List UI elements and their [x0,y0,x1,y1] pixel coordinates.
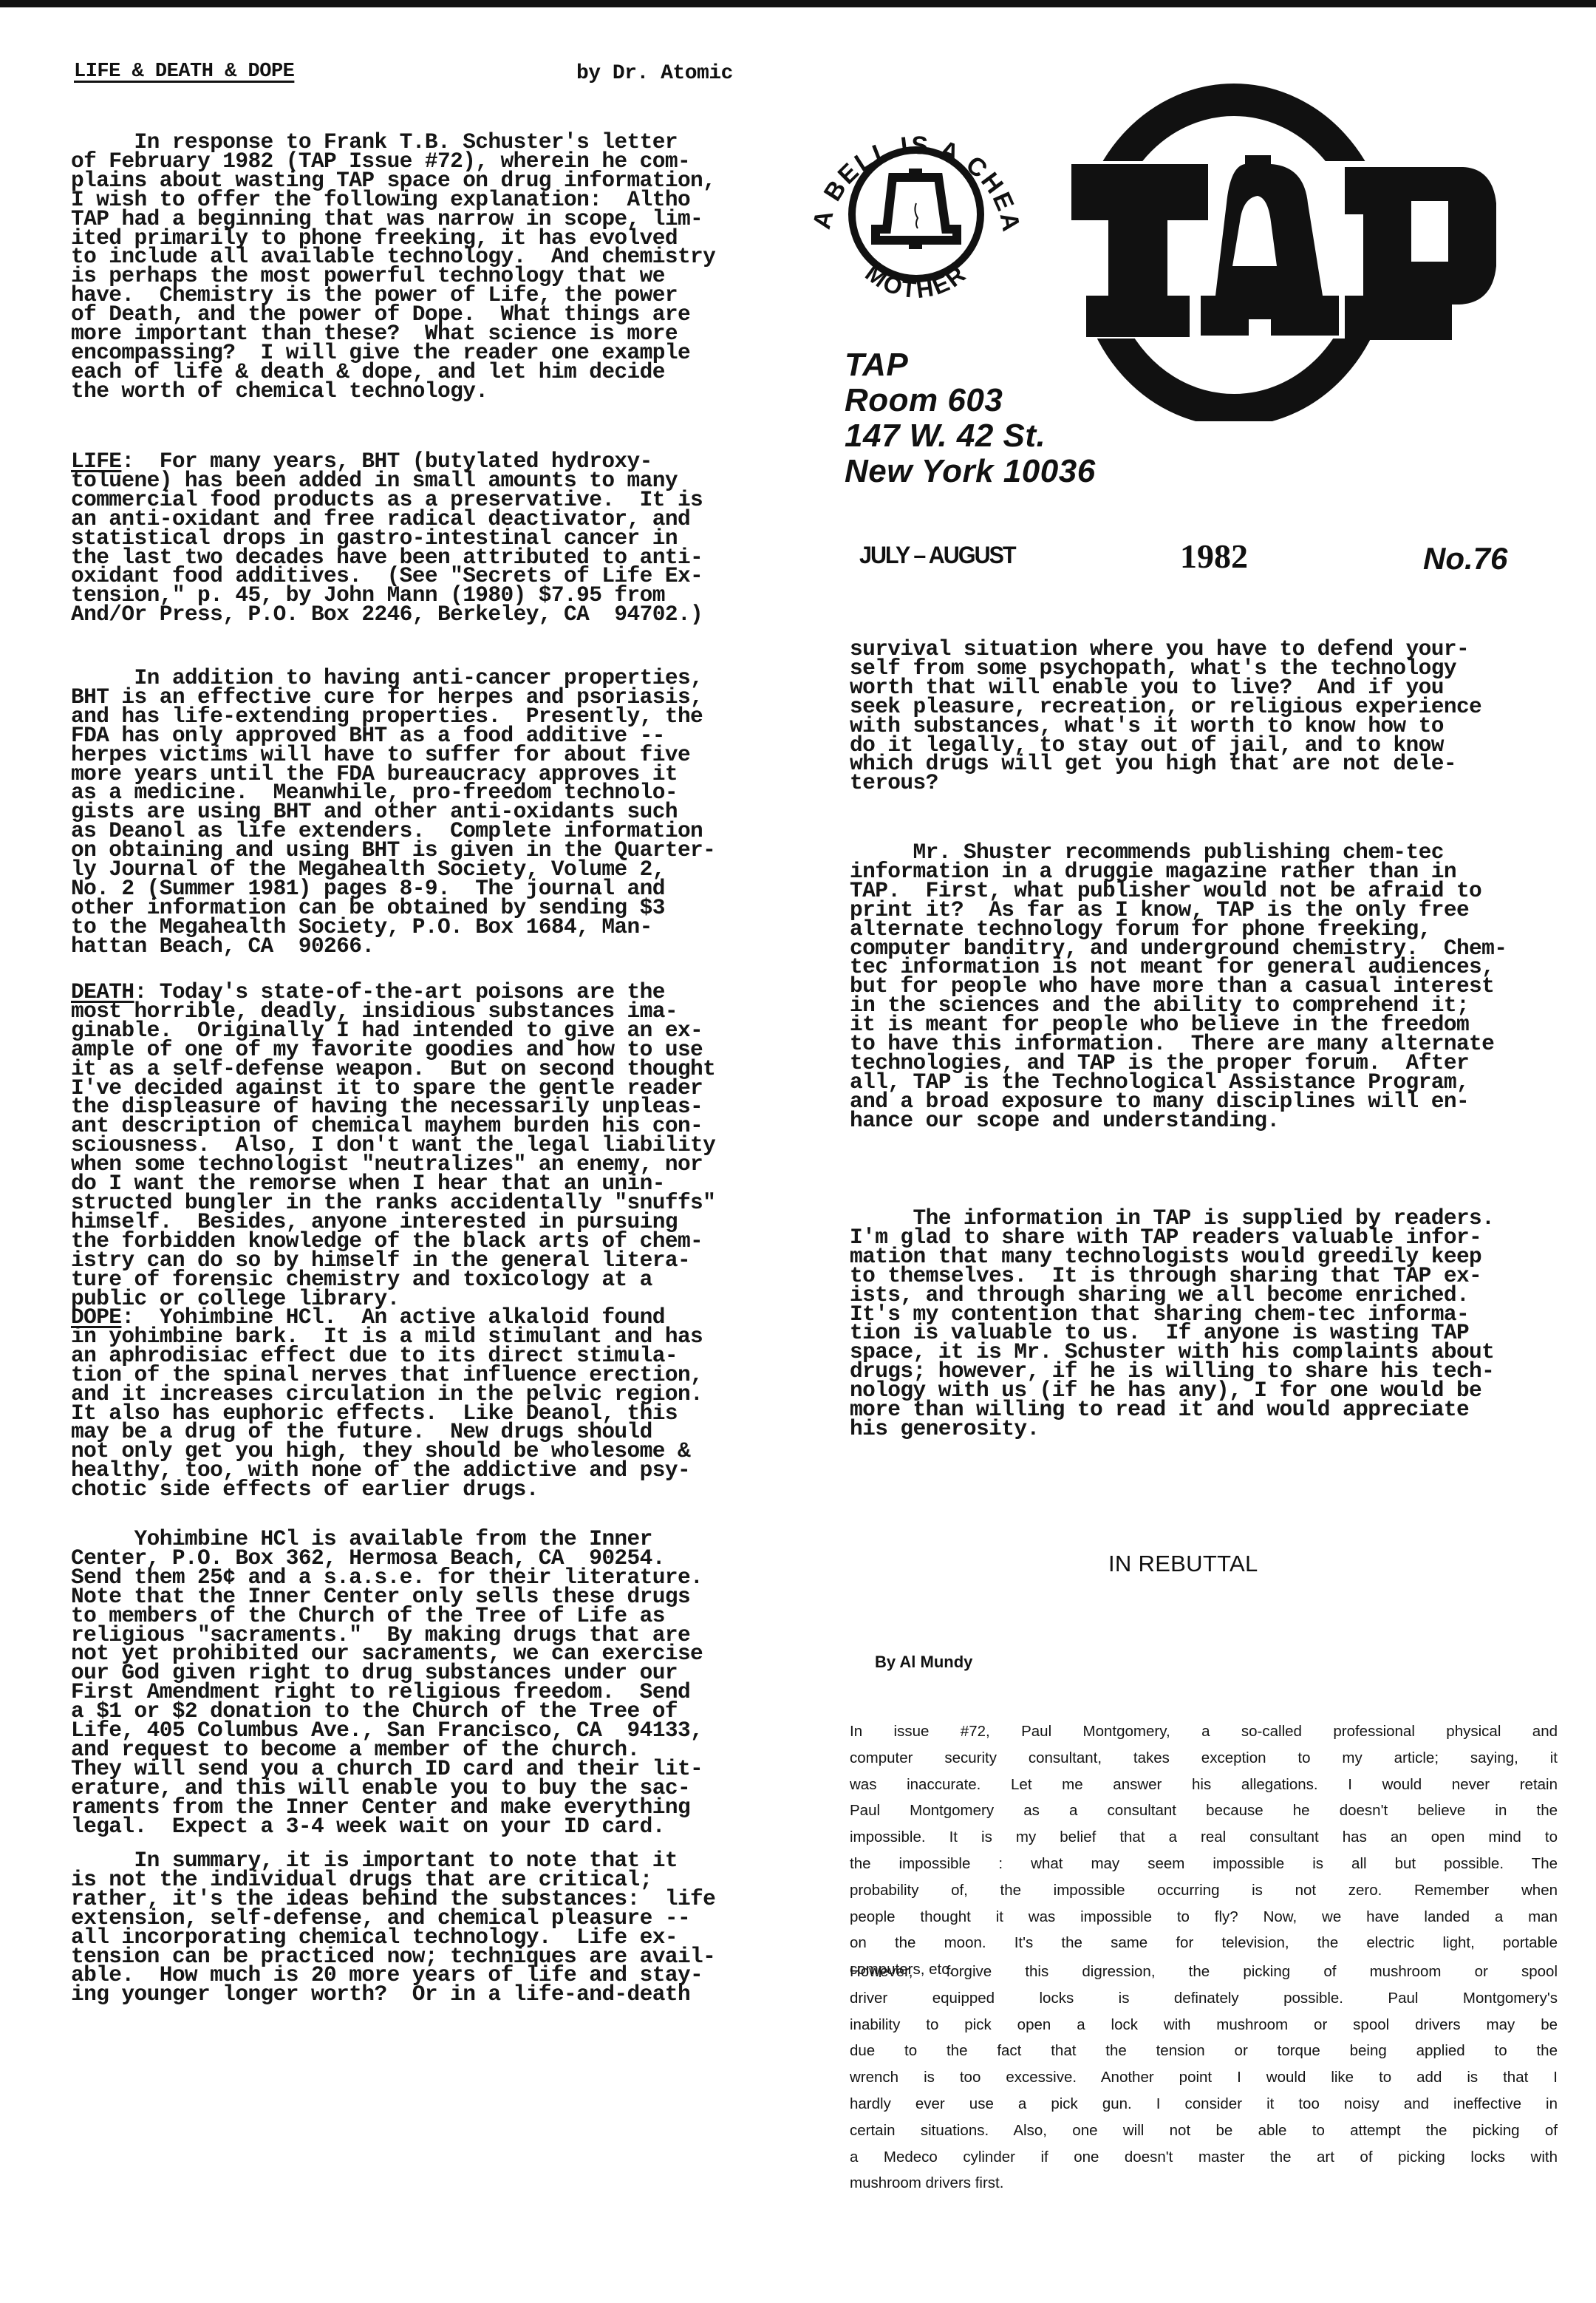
text-line: In issue #72, Paul Montgomery, a so-call… [850,1718,1558,1745]
issue-number: No.76 [1423,541,1507,576]
address-line: TAP [845,347,1096,383]
text-line: inability to pick open a lock with mushr… [850,2012,1558,2038]
text-line: certain situations. Also, one will not b… [850,2117,1558,2144]
tap-logo [1049,74,1581,421]
text-line: was inaccurate. Let me answer his allega… [850,1772,1558,1798]
text-line: chotic side effects of earlier drugs. [71,1480,703,1500]
text-line: impossible. It is my belief that a real … [850,1824,1558,1851]
text-line: probability of, the impossible occurring… [850,1877,1558,1904]
article-paragraph: In response to Frank T.B. Schuster's let… [71,133,715,401]
mailing-address: TAP Room 603 147 W. 42 St. New York 1003… [845,347,1096,489]
address-line: Room 603 [845,383,1096,418]
bell-icon [876,169,957,249]
article-paragraph: DOPE: Yohimbine HCl. An active alkaloid … [71,1308,703,1500]
article-paragraph: The information in TAP is supplied by re… [850,1209,1494,1439]
article-paragraph: survival situation where you have to def… [850,640,1481,793]
text-line: However, forgive this digression, the pi… [850,1959,1558,1985]
text-line: terous? [850,774,1481,793]
article-byline: by Dr. Atomic [576,62,733,85]
text-line: hardly ever use a pick gun. I consider i… [850,2091,1558,2117]
text-line: wrench is too excessive. Another point I… [850,2064,1558,2091]
issue-year: 1982 [1180,537,1248,576]
text-line: And/Or Press, P.O. Box 2246, Berkeley, C… [71,605,703,625]
issue-months: JULY – AUGUST [859,542,1015,569]
text-line: the impossible : what may seem impossibl… [850,1851,1558,1877]
text-line: Paul Montgomery as a consultant because … [850,1797,1558,1824]
address-line: New York 10036 [845,454,1096,489]
text-line: legal. Expect a 3-4 week wait on your ID… [71,1817,703,1837]
text-line: a Medeco cylinder if one doesn't master … [850,2144,1558,2171]
seal-text-bottom: MOTHER [861,259,972,303]
text-line: his generosity. [850,1420,1494,1439]
text-line: which drugs will get you high that are n… [850,755,1481,774]
rebuttal-title: IN REBUTTAL [1108,1551,1258,1577]
text-line: driver equipped locks is definately poss… [850,1985,1558,2012]
rebuttal-paragraph: In issue #72, Paul Montgomery, a so-call… [850,1718,1558,1983]
text-line: ing younger longer worth? Or in a life-a… [71,1985,715,2004]
text-line: the worth of chemical technology. [71,382,715,401]
article-paragraph: Mr. Shuster recommends publishing chem-t… [850,843,1507,1131]
svg-text:MOTHER: MOTHER [861,259,972,303]
ma-bell-seal-logo: MA BELL IS A CHEAP MOTHER [805,103,1027,310]
article-paragraph: Yohimbine HCl is available from the Inne… [71,1530,703,1837]
article-paragraph: In summary, it is important to note that… [71,1851,715,2004]
text-line: due to the fact that the tension or torq… [850,2038,1558,2064]
text-line: on the moon. It's the same for televisio… [850,1930,1558,1956]
text-line: computer security consultant, takes exce… [850,1745,1558,1772]
text-line: mushroom drivers first. [850,2170,1558,2197]
address-line: 147 W. 42 St. [845,418,1096,454]
article-title: LIFE & DEATH & DOPE [74,61,294,83]
article-paragraph: In addition to having anti-cancer proper… [71,669,715,956]
rebuttal-byline: By Al Mundy [875,1653,972,1672]
article-paragraph: LIFE: For many years, BHT (butylated hyd… [71,452,703,625]
top-border-bar [0,0,1596,7]
text-line: hance our scope and understanding. [850,1112,1507,1131]
text-line: people thought it was impossible to fly?… [850,1904,1558,1930]
rebuttal-paragraph: However, forgive this digression, the pi… [850,1959,1558,2197]
article-paragraph: DEATH: Today's state-of-the-art poisons … [71,983,715,1308]
text-line: hattan Beach, CA 90266. [71,937,715,956]
